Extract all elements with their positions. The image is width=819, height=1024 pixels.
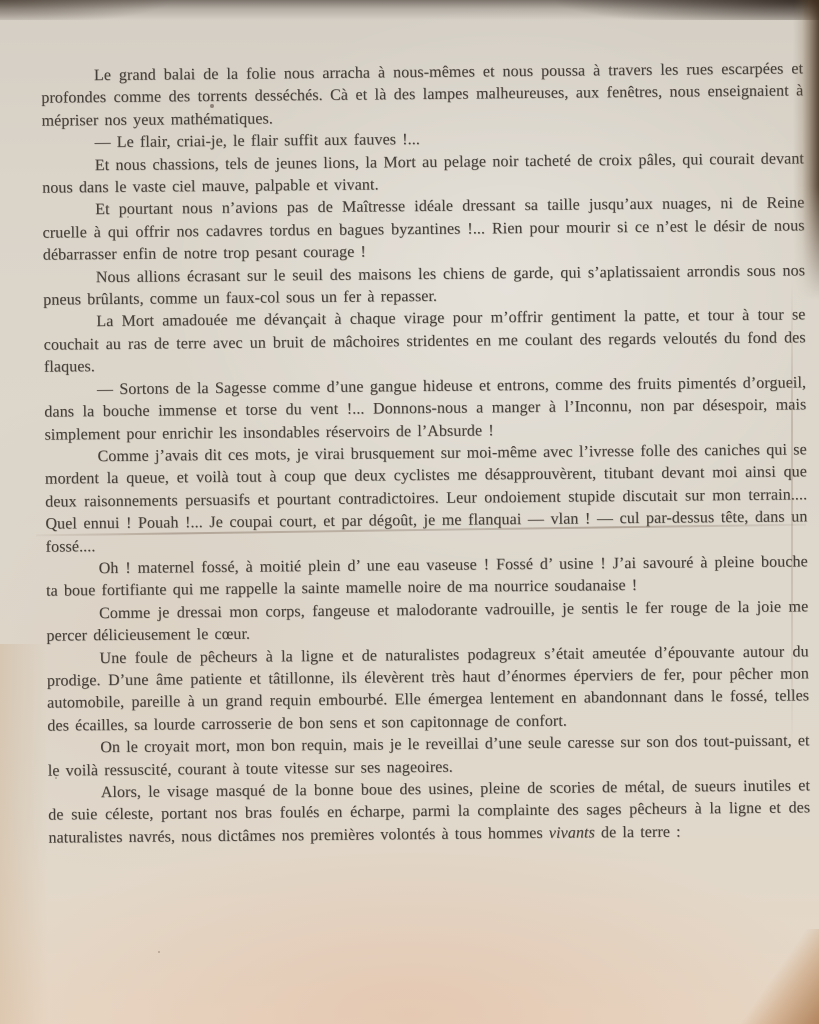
top-edge-shadow (0, 0, 819, 20)
paragraph: Comme j’avais dit ces mots, je virai bru… (45, 439, 808, 558)
paragraph: Alors, le visage masqué de la bonne boue… (48, 775, 811, 850)
paragraph: Et nous chassions, tels de jeunes lions,… (42, 148, 804, 200)
paper-speckles (0, 0, 2, 2)
italic-word: vivants (549, 824, 595, 841)
bottom-right-corner-wedge (709, 929, 819, 1024)
paragraph: Oh ! maternel fossé, à moitié plein d’ u… (46, 551, 808, 603)
paragraph: On le croyait mort, mon bon requin, mais… (47, 730, 809, 782)
paragraph: Nous allions écrasant sur le seuil des m… (43, 260, 805, 312)
text-block: Le grand balai de la folie nous arracha … (41, 58, 810, 849)
paragraph: La Mort amadouée me dévançait à chaque v… (43, 305, 806, 380)
paragraph-text: Alors, le visage masqué de la bonne boue… (48, 777, 810, 846)
paragraph: Comme je dressai mon corps, fangeuse et … (46, 596, 808, 648)
paragraph: Le grand balai de la folie nous arracha … (41, 58, 804, 133)
paragraph: — Sortons de la Sagesse comme d’une gang… (44, 372, 807, 447)
paragraph-text: de la terre : (595, 823, 681, 841)
paragraph: Une foule de pêcheurs à la ligne et de n… (47, 641, 810, 738)
scanned-page: Le grand balai de la folie nous arracha … (0, 0, 819, 1024)
paragraph: Et pourtant nous n’avions pas de Maîtres… (42, 193, 805, 268)
